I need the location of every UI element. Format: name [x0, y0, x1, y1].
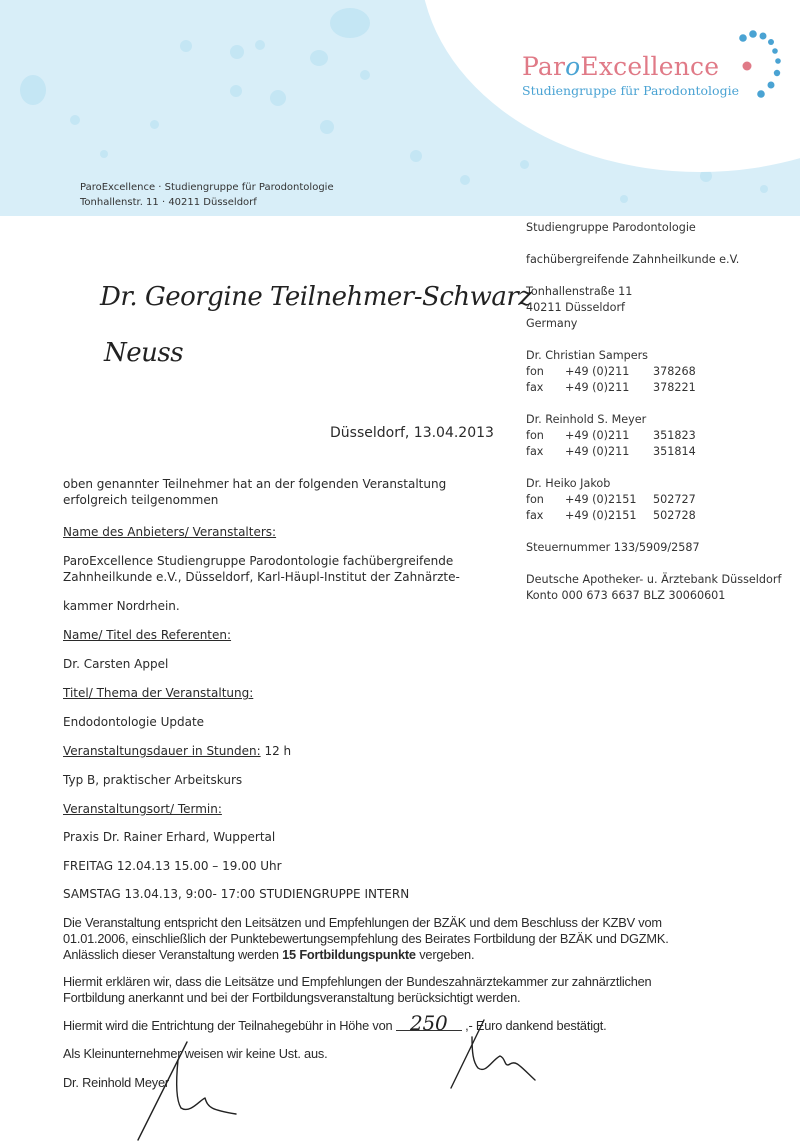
provider-text-cont: kammer Nordrhein.	[63, 598, 180, 614]
org-name-line2: fachübergreifende Zahnheilkunde e.V.	[526, 252, 781, 268]
organization-sidebar: Studiengruppe Parodontologie fachübergre…	[526, 220, 781, 604]
duration-value: 12 h	[264, 744, 291, 758]
contact-name: Dr. Christian Sampers	[526, 348, 781, 364]
contact-block: Dr. Reinhold S. Meyer fon+49 (0)21135182…	[526, 412, 781, 460]
org-city: 40211 Düsseldorf	[526, 300, 781, 316]
tax-number: Steuernummer 133/5909/2587	[526, 540, 781, 556]
bank-name: Deutsche Apotheker- u. Ärztebank Düsseld…	[526, 572, 781, 588]
vat-note: Als Kleinunternehmer weisen wir keine Us…	[63, 1046, 327, 1062]
speaker-label: Name/ Titel des Referenten:	[63, 627, 231, 643]
phone-number: 378268	[653, 364, 696, 380]
location-value: Praxis Dr. Rainer Erhard, Wuppertal	[63, 829, 275, 845]
contact-name: Dr. Heiko Jakob	[526, 476, 781, 492]
speaker-name: Dr. Carsten Appel	[63, 656, 168, 672]
org-street: Tonhallenstraße 11	[526, 284, 781, 300]
bank-account: Konto 000 673 6637 BLZ 30060601	[526, 588, 781, 604]
handwritten-recipient-city: Neuss	[104, 338, 183, 368]
date-saturday: SAMSTAG 13.04.13, 9:00- 17:00 STUDIENGRU…	[63, 886, 409, 902]
contact-block: Dr. Heiko Jakob fon+49 (0)2151502727 fax…	[526, 476, 781, 524]
intro-text: oben genannter Teilnehmer hat an der fol…	[63, 476, 446, 508]
topic-label: Titel/ Thema der Veranstaltung:	[63, 685, 253, 701]
fax-number: 351814	[653, 444, 696, 460]
contact-block: Dr. Christian Sampers fon+49 (0)21137826…	[526, 348, 781, 396]
logo-title: ParoExcellence	[522, 52, 739, 81]
handwritten-recipient-name: Dr. Georgine Teilnehmer-Schwarz	[100, 282, 532, 312]
date-friday: FREITAG 12.04.13 15.00 – 19.00 Uhr	[63, 858, 282, 874]
org-name: Studiengruppe Parodontologie	[526, 220, 781, 236]
fax-number: 502728	[653, 508, 696, 524]
fee-amount-handwritten: 250	[396, 1016, 462, 1031]
course-type: Typ B, praktischer Arbeitskurs	[63, 772, 242, 788]
duration-label: Veranstaltungsdauer in Stunden:	[63, 744, 261, 758]
points-awarded: 15 Fortbildungspunkte	[282, 947, 416, 962]
duration-line: Veranstaltungsdauer in Stunden: 12 h	[63, 743, 291, 759]
provider-label: Name des Anbieters/ Veranstalters:	[63, 524, 276, 540]
recognition-paragraph: Hiermit erklären wir, dass die Leitsätze…	[63, 974, 651, 1006]
phone-number: 351823	[653, 428, 696, 444]
paroexcellence-logo: ParoExcellence Studiengruppe für Parodon…	[522, 52, 739, 98]
signatory-name: Dr. Reinhold Meyer	[63, 1075, 169, 1091]
provider-text: ParoExcellence Studiengruppe Parodontolo…	[63, 553, 460, 585]
guidelines-paragraph: Die Veranstaltung entspricht den Leitsät…	[63, 915, 669, 963]
sender-address: ParoExcellence · Studiengruppe für Parod…	[80, 180, 334, 210]
org-country: Germany	[526, 316, 781, 332]
location-label: Veranstaltungsort/ Termin:	[63, 801, 222, 817]
fee-confirmation: Hiermit wird die Entrichtung der Teilnah…	[63, 1016, 606, 1034]
contact-name: Dr. Reinhold S. Meyer	[526, 412, 781, 428]
logo-subtitle: Studiengruppe für Parodontologie	[522, 83, 739, 98]
topic-value: Endodontologie Update	[63, 714, 204, 730]
letter-date: Düsseldorf, 13.04.2013	[330, 425, 494, 441]
phone-number: 502727	[653, 492, 696, 508]
fax-number: 378221	[653, 380, 696, 396]
